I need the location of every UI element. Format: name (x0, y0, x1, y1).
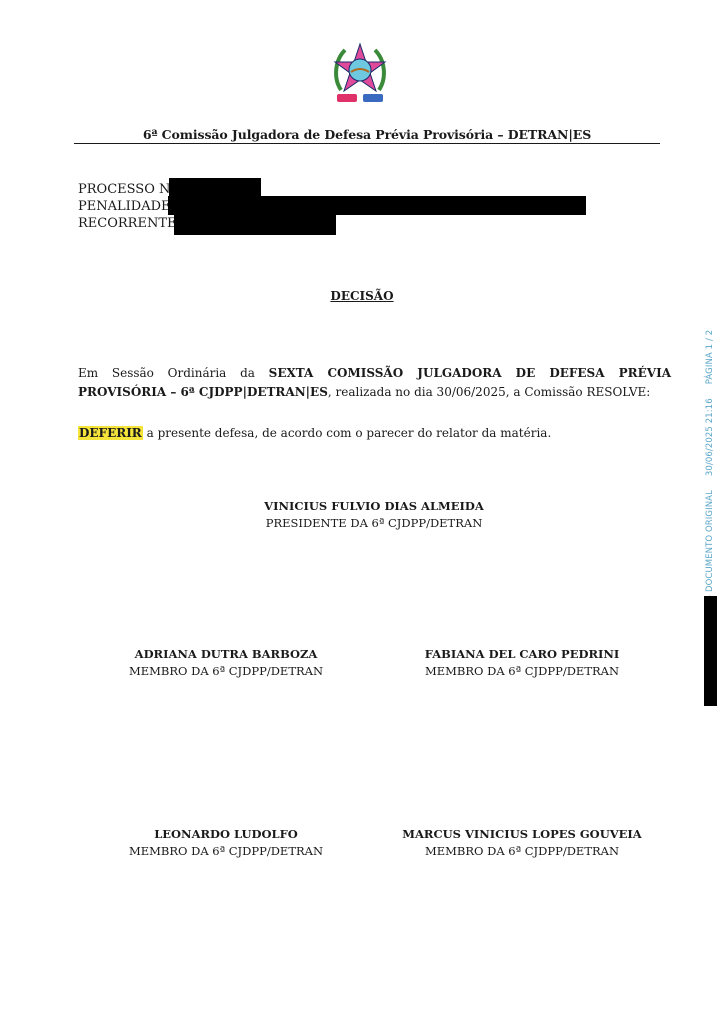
verdict-text: a presente defesa, de acordo com o parec… (143, 426, 551, 440)
signatory-role: MEMBRO DA 6ª CJDPP/DETRAN (96, 663, 356, 680)
stamp-datetime: 30/06/2025 21:16 (705, 398, 715, 476)
state-coat-of-arms-icon (329, 40, 391, 108)
session-suffix: , realizada no dia 30/06/2025, a Comissã… (328, 385, 650, 399)
signatory-role: MEMBRO DA 6ª CJDPP/DETRAN (392, 663, 652, 680)
signature-president: VINICIUS FULVIO DIAS ALMEIDA PRESIDENTE … (244, 498, 504, 532)
signatory-name: LEONARDO LUDOLFO (96, 826, 356, 843)
signatory-role: MEMBRO DA 6ª CJDPP/DETRAN (392, 843, 652, 860)
signature-member: ADRIANA DUTRA BARBOZA MEMBRO DA 6ª CJDPP… (96, 646, 356, 680)
header-divider (74, 143, 660, 144)
processo-redaction (169, 178, 261, 198)
recorrente-redaction (174, 214, 336, 235)
recorrente-label: RECORRENTE: (78, 215, 181, 232)
document-page: 6ª Comissão Julgadora de Defesa Prévia P… (0, 0, 724, 1024)
signatory-name: MARCUS VINICIUS LOPES GOUVEIA (392, 826, 652, 843)
signatory-name: FABIANA DEL CARO PEDRINI (392, 646, 652, 663)
decision-heading: DECISÃO (0, 289, 724, 303)
penalidade-redaction (168, 196, 586, 215)
signatory-name: ADRIANA DUTRA BARBOZA (96, 646, 356, 663)
stamp-page: PÁGINA 1 / 2 (705, 330, 715, 385)
session-prefix: Em Sessão Ordinária da (78, 366, 269, 380)
signatory-role: PRESIDENTE DA 6ª CJDPP/DETRAN (244, 515, 504, 532)
session-paragraph: Em Sessão Ordinária da SEXTA COMISSÃO JU… (78, 364, 671, 402)
signature-member: MARCUS VINICIUS LOPES GOUVEIA MEMBRO DA … (392, 826, 652, 860)
signature-member: FABIANA DEL CARO PEDRINI MEMBRO DA 6ª CJ… (392, 646, 652, 680)
stamp-doc-label: - DOCUMENTO ORIGINAL (705, 490, 715, 598)
signatory-name: VINICIUS FULVIO DIAS ALMEIDA (244, 498, 504, 515)
processo-label: PROCESSO Nº: (78, 181, 181, 198)
verdict-highlight: DEFERIR (78, 426, 143, 440)
penalidade-label: PENALIDADE: (78, 198, 175, 215)
signatory-role: MEMBRO DA 6ª CJDPP/DETRAN (96, 843, 356, 860)
verdict-paragraph: DEFERIR a presente defesa, de acordo com… (78, 424, 671, 443)
commission-title: 6ª Comissão Julgadora de Defesa Prévia P… (74, 127, 660, 142)
document-stamp: - DOCUMENTO ORIGINAL30/06/2025 21:16PÁGI… (704, 318, 718, 598)
signature-member: LEONARDO LUDOLFO MEMBRO DA 6ª CJDPP/DETR… (96, 826, 356, 860)
stamp-redaction (704, 596, 717, 706)
